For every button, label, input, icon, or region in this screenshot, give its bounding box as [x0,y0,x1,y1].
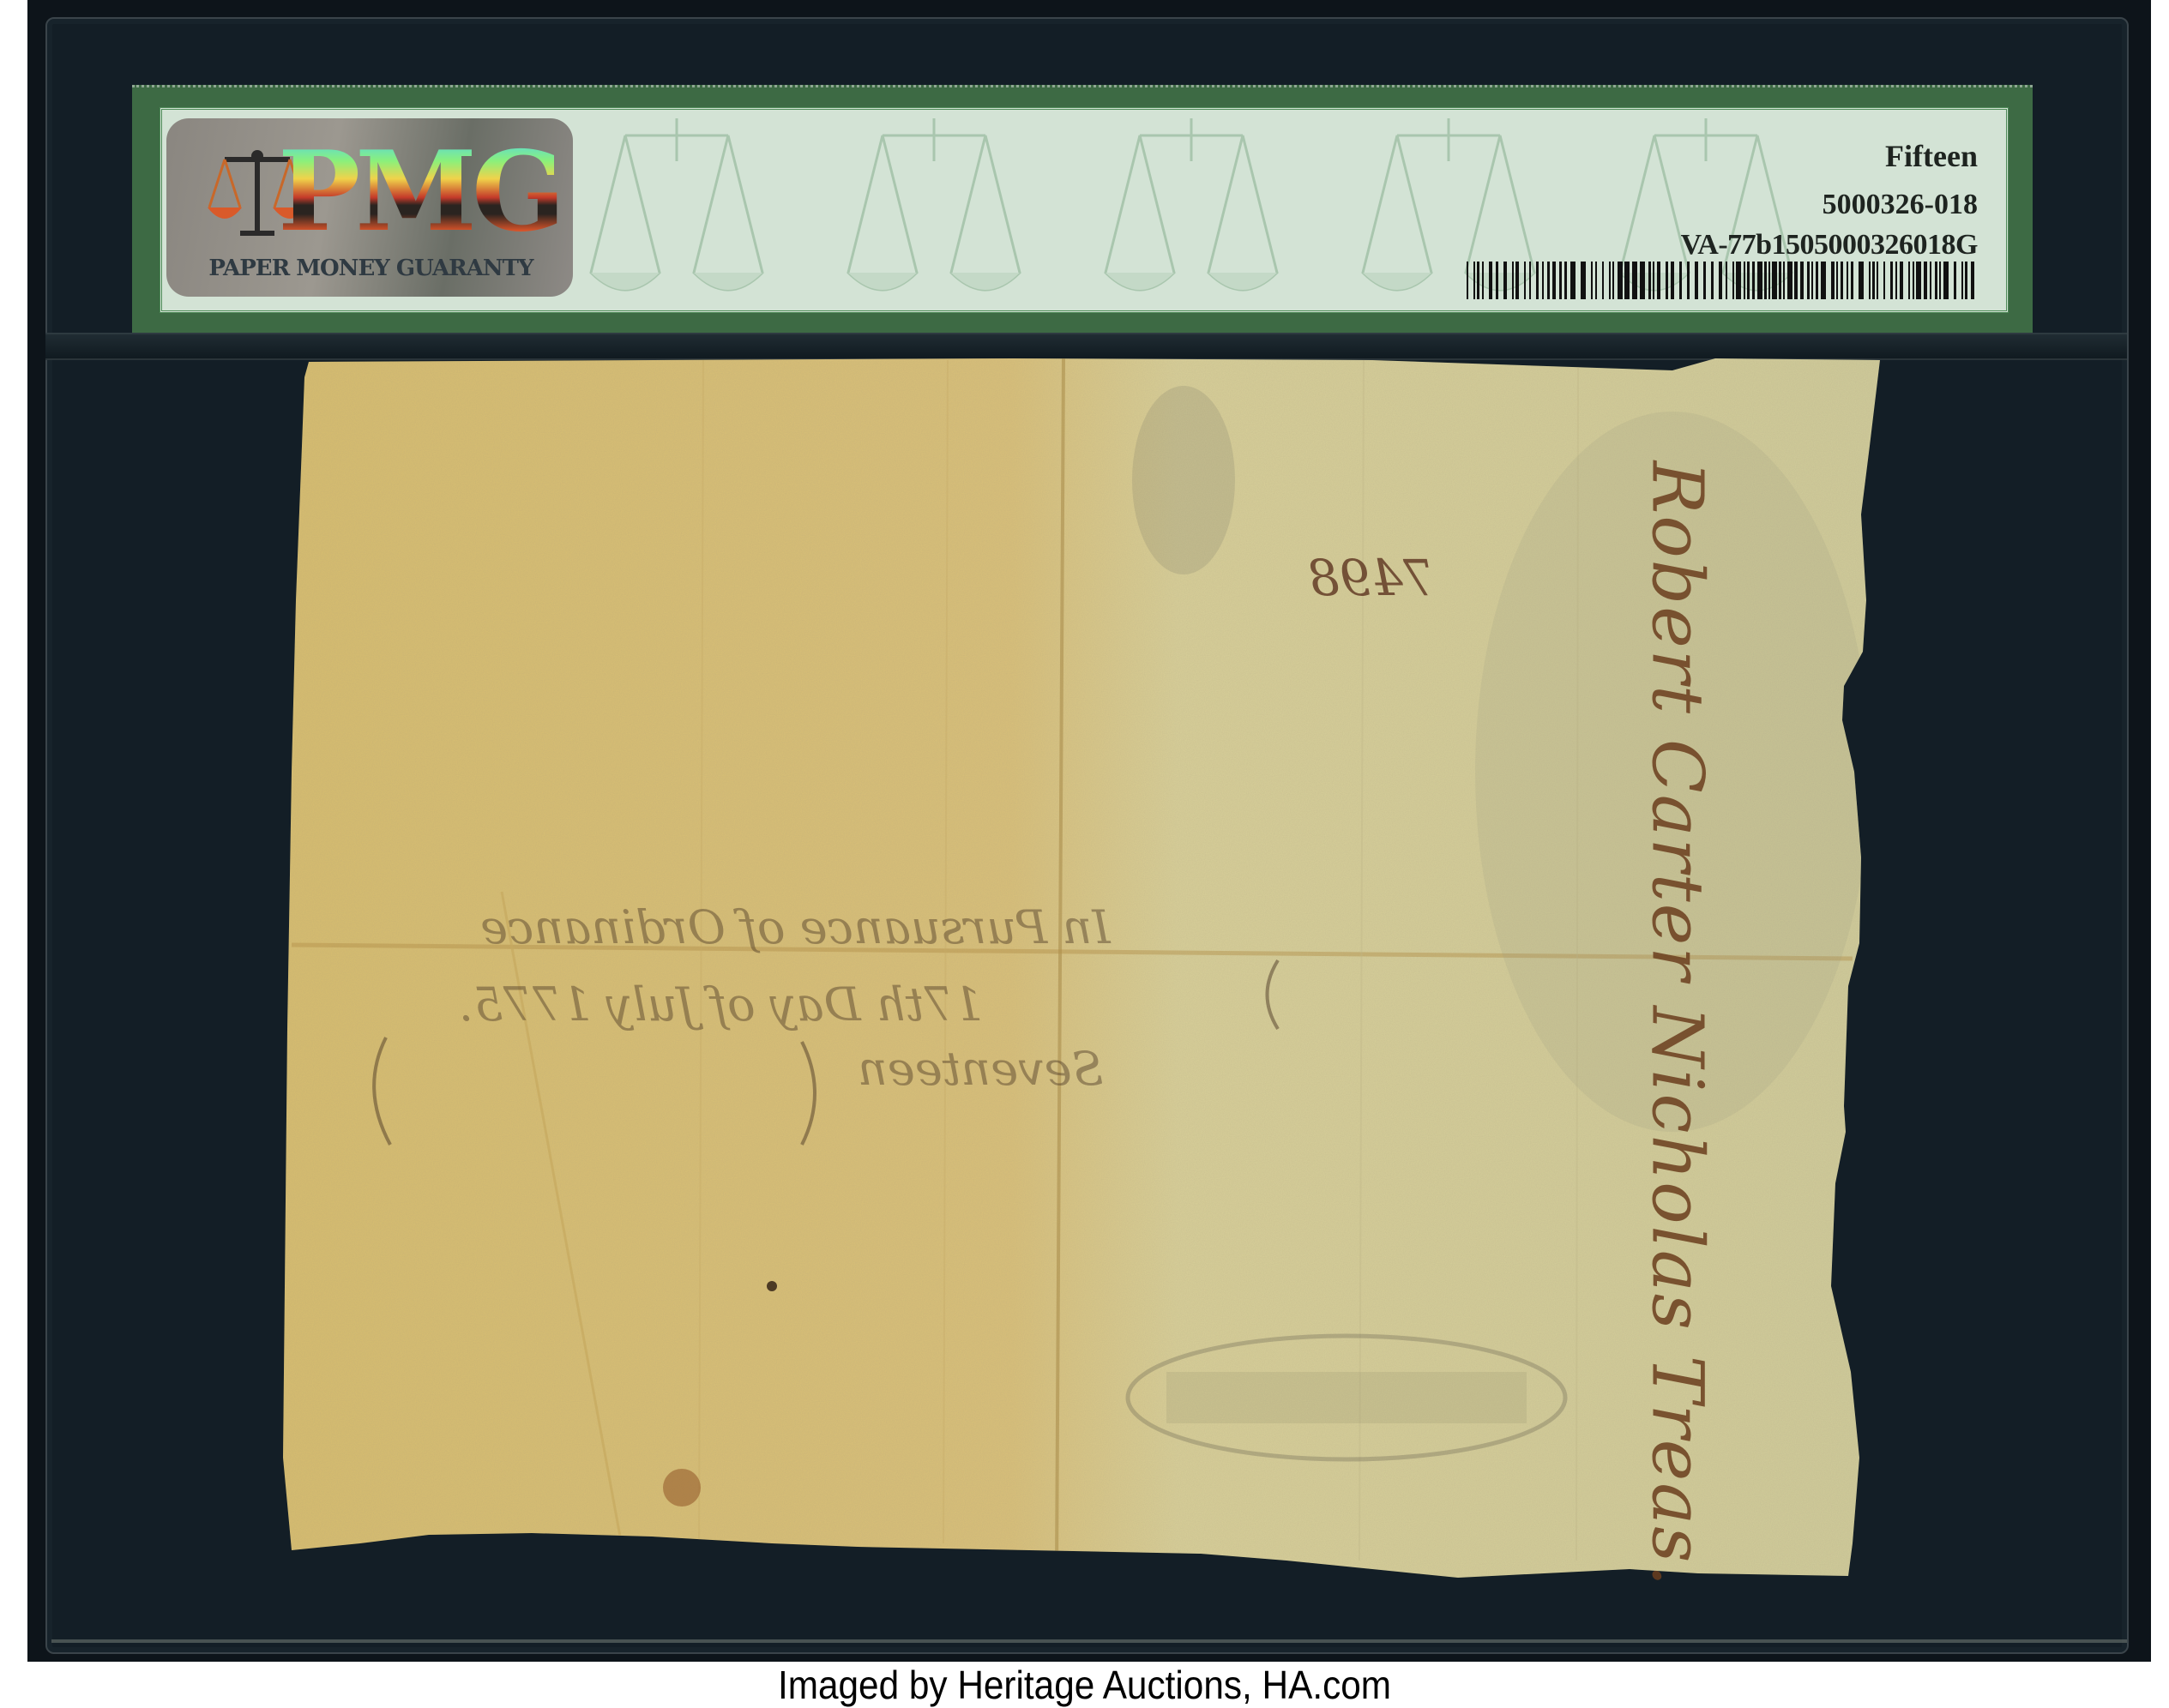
showthrough-line: Seventeen [858,1042,1104,1096]
serial-number-showthrough: 7498 [1308,549,1435,607]
treasurer-signature: Robert Carter Nicholas Treas. [1636,461,1718,1589]
holder-bottom-edge [51,1639,2127,1643]
showthrough-line: In Pursuance of Ordinance [480,900,1111,954]
image-credit: Imaged by Heritage Auctions, HA.com [87,1662,2082,1708]
banknote-paper [0,0,2169,1708]
showthrough-line: 17th Day of July 1775. [459,977,983,1031]
